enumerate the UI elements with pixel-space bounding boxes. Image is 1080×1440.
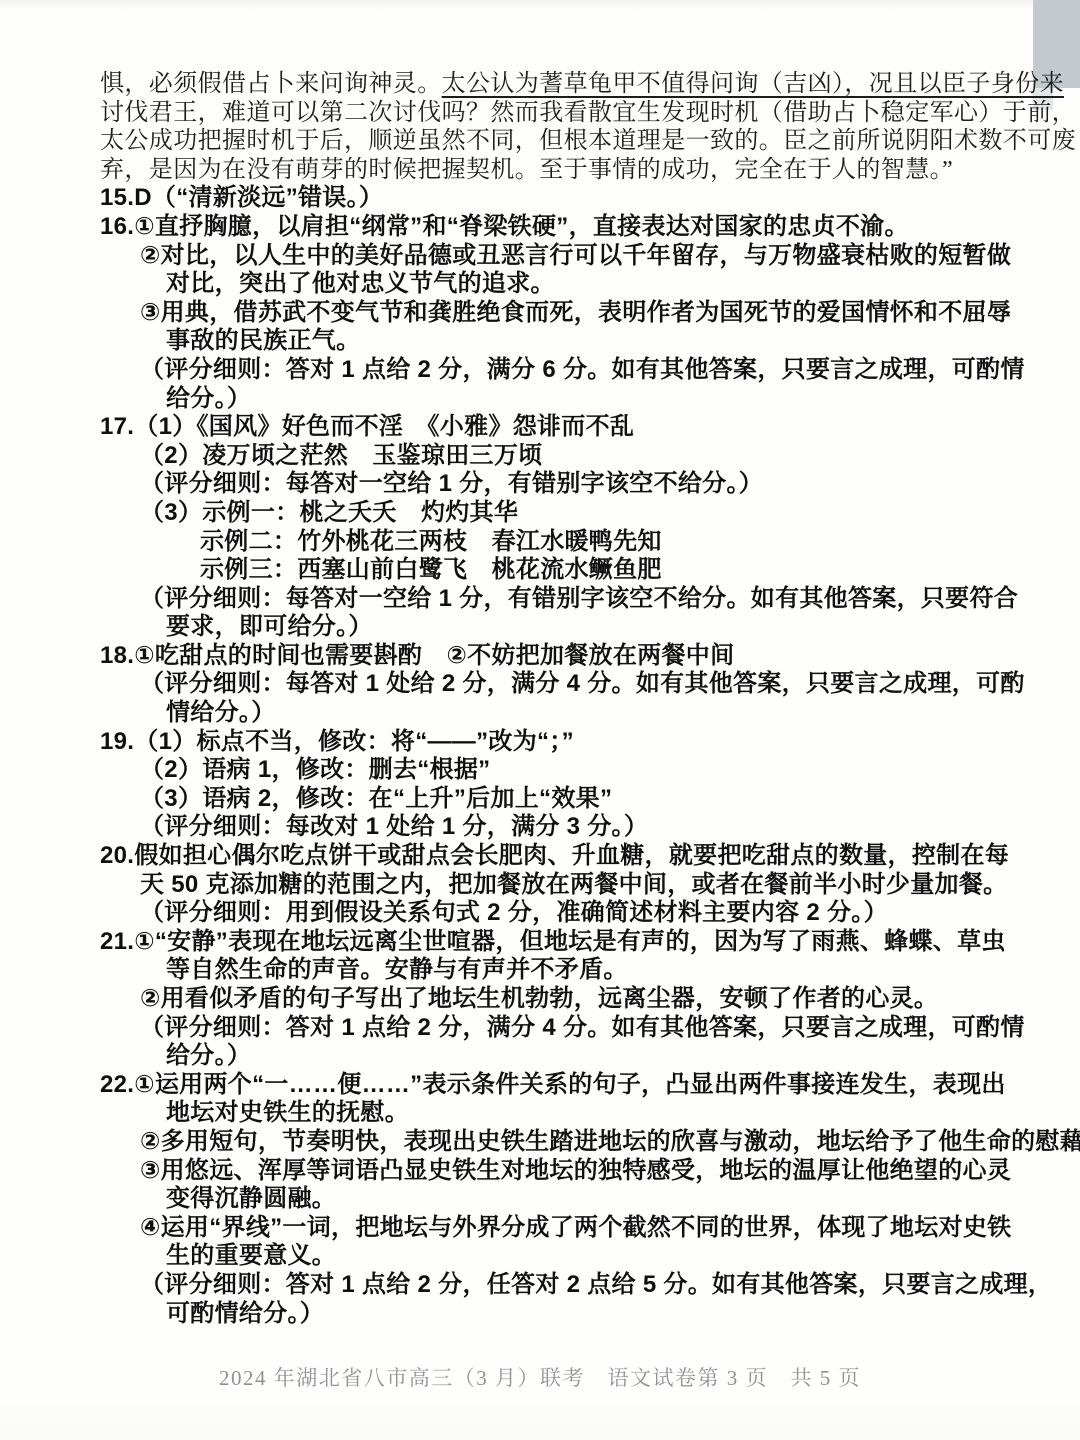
text-segment: （评分细则：每答对一空给 1 分，有错别字该空不给分。如有其他答案，只要符合 xyxy=(140,585,1018,612)
text-line: （3）示例一：桃之夭夭 灼灼其华 xyxy=(100,499,1020,528)
text-segment: 17.（1）《国风》好色而不淫 《小雅》怨诽而不乱 xyxy=(100,413,634,440)
text-line: ④运用“界线”一词，把地坛与外界分成了两个截然不同的世界，体现了地坛对史铁 xyxy=(100,1214,1020,1243)
text-line: 事敌的民族正气。 xyxy=(100,327,1020,356)
text-line: ②多用短句，节奏明快，表现出史铁生踏进地坛的欣喜与激动，地坛给予了他生命的慰藉。 xyxy=(100,1128,1020,1157)
text-segment: ②多用短句，节奏明快，表现出史铁生踏进地坛的欣喜与激动，地坛给予了他生命的慰藉。 xyxy=(140,1128,1080,1155)
text-segment: 19.（1）标点不当，修改：将“——”改为“；” xyxy=(100,728,574,755)
text-segment: 要求，即可给分。） xyxy=(166,613,373,640)
text-segment: 可酌情给分。） xyxy=(166,1300,324,1327)
text-segment: （2）凌万顷之茫然 玉鉴琼田三万顷 xyxy=(140,442,542,469)
text-line: 等自然生命的声音。安静与有声并不矛盾。 xyxy=(100,956,1020,985)
text-line: 示例三：西塞山前白鹭飞 桃花流水鳜鱼肥 xyxy=(100,556,1020,585)
text-segment: ②用看似矛盾的句子写出了地坛生机勃勃，远离尘器，安顿了作者的心灵。 xyxy=(140,985,938,1012)
text-line: ③用悠远、浑厚等词语凸显史铁生对地坛的独特感受，地坛的温厚让他绝望的心灵 xyxy=(100,1157,1020,1186)
text-segment: 21.①“安静”表现在地坛远离尘世喧器，但地坛是有声的，因为写了雨燕、蜂蝶、草虫 xyxy=(100,928,1006,955)
text-segment: 示例三：西塞山前白鹭飞 桃花流水鳜鱼肥 xyxy=(200,556,662,583)
text-segment: （评分细则：答对 1 点给 2 分，满分 4 分。如有其他答案，只要言之成理，可… xyxy=(140,1014,1025,1041)
text-line: （评分细则：答对 1 点给 2 分，满分 4 分。如有其他答案，只要言之成理，可… xyxy=(100,1014,1020,1043)
text-line: （3）语病 2，修改：在“上升”后加上“效果” xyxy=(100,785,1020,814)
text-line: 惧，必须假借占卜来问询神灵。太公认为蓍草龟甲不值得问询（吉凶），况且以臣子身份来 xyxy=(100,70,1020,99)
text-line: （评分细则：答对 1 点给 2 分，任答对 2 点给 5 分。如有其他答案，只要… xyxy=(100,1271,1020,1300)
text-segment: 20.假如担心偶尔吃点饼干或甜点会长肥肉、升血糖，就要把吃甜点的数量，控制在每 xyxy=(100,842,1009,869)
text-line: 给分。） xyxy=(100,385,1020,414)
text-line: 可酌情给分。） xyxy=(100,1300,1020,1329)
text-line: 21.①“安静”表现在地坛远离尘世喧器，但地坛是有声的，因为写了雨燕、蜂蝶、草虫 xyxy=(100,928,1020,957)
text-line: （评分细则：每答对一空给 1 分，有错别字该空不给分。如有其他答案，只要符合 xyxy=(100,585,1020,614)
text-line: ②用看似矛盾的句子写出了地坛生机勃勃，远离尘器，安顿了作者的心灵。 xyxy=(100,985,1020,1014)
text-line: 18.①吃甜点的时间也需要斟酌 ②不妨把加餐放在两餐中间 xyxy=(100,642,1020,671)
text-segment: 生的重要意义。 xyxy=(166,1242,336,1269)
text-line: 变得沉静圆融。 xyxy=(100,1185,1020,1214)
text-segment: （评分细则：每答对一空给 1 分，有错别字该空不给分。） xyxy=(140,470,763,497)
text-segment: （评分细则：答对 1 点给 2 分，满分 6 分。如有其他答案，只要言之成理，可… xyxy=(140,356,1025,383)
text-line: （评分细则：用到假设关系句式 2 分，准确简述材料主要内容 2 分。） xyxy=(100,899,1020,928)
text-segment: 天 50 克添加糖的范围之内，把加餐放在两餐中间，或者在餐前半小时少量加餐。 xyxy=(140,871,1007,898)
text-line: 情给分。） xyxy=(100,699,1020,728)
text-line: （2）凌万顷之茫然 玉鉴琼田三万顷 xyxy=(100,442,1020,471)
text-line: 15.D（“清新淡远”错误。） xyxy=(100,184,1020,213)
page-footer: 2024 年湖北省八市高三（3 月）联考 语文试卷第 3 页 共 5 页 xyxy=(0,1362,1080,1392)
text-segment: 事敌的民族正气。 xyxy=(166,327,360,354)
text-line: 17.（1）《国风》好色而不淫 《小雅》怨诽而不乱 xyxy=(100,413,1020,442)
text-line: 地坛对史铁生的抚慰。 xyxy=(100,1099,1020,1128)
text-segment: 情给分。） xyxy=(166,699,276,726)
text-segment: ③用典，借苏武不变气节和龚胜绝食而死，表明作者为国死节的爱国情怀和不屈辱 xyxy=(140,299,1011,326)
text-segment: 18.①吃甜点的时间也需要斟酌 ②不妨把加餐放在两餐中间 xyxy=(100,642,734,669)
text-segment: （3）语病 2，修改：在“上升”后加上“效果” xyxy=(140,785,612,812)
text-line: 太公成功把握时机于后，顺逆虽然不同，但根本道理是一致的。臣之前所说阴阳术数不可废 xyxy=(100,127,1020,156)
text-segment: 变得沉静圆融。 xyxy=(166,1185,336,1212)
text-segment: 讨伐君王，难道可以第二次讨伐吗？然而我看散宜生发现时机（借助占卜稳定军心）于前， xyxy=(100,100,1076,126)
text-line: 对比，突出了他对忠义节气的追求。 xyxy=(100,270,1020,299)
text-segment: 16.①直抒胸臆，以肩担“纲常”和“脊梁铁硬”，直接表达对国家的忠贞不渝。 xyxy=(100,213,909,240)
text-segment: 太公成功把握时机于后，顺逆虽然不同，但根本道理是一致的。臣之前所说阴阳术数不可废 xyxy=(100,128,1076,154)
text-segment: 22.①运用两个“一……便……”表示条件关系的句子，凸显出两件事接连发生，表现出 xyxy=(100,1071,1006,1098)
text-segment: 15.D（“清新淡远”错误。） xyxy=(100,184,383,211)
text-segment: 给分。） xyxy=(166,385,251,412)
text-line: 生的重要意义。 xyxy=(100,1242,1020,1271)
text-line: 示例二：竹外桃花三两枝 春江水暖鸭先知 xyxy=(100,528,1020,557)
text-segment: ④运用“界线”一词，把地坛与外界分成了两个截然不同的世界，体现了地坛对史铁 xyxy=(140,1214,1011,1241)
text-segment: ②对比，以人生中的美好品德或丑恶言行可以千年留存，与万物盛衰枯败的短暂做 xyxy=(140,242,1011,269)
text-segment: （评分细则：每答对 1 处给 2 分，满分 4 分。如有其他答案，只要言之成理，… xyxy=(140,670,1025,697)
text-line: 给分。） xyxy=(100,1042,1020,1071)
underlined-text: 太公认为蓍草龟甲不值得问询（吉凶），况且以臣子身份来 xyxy=(442,71,1064,97)
text-line: 19.（1）标点不当，修改：将“——”改为“；” xyxy=(100,728,1020,757)
text-line: 要求，即可给分。） xyxy=(100,613,1020,642)
text-line: 天 50 克添加糖的范围之内，把加餐放在两餐中间，或者在餐前半小时少量加餐。 xyxy=(100,871,1020,900)
text-segment: （3）示例一：桃之夭夭 灼灼其华 xyxy=(140,499,518,526)
text-line: ③用典，借苏武不变气节和龚胜绝食而死，表明作者为国死节的爱国情怀和不屈辱 xyxy=(100,299,1020,328)
text-line: （评分细则：每答对 1 处给 2 分，满分 4 分。如有其他答案，只要言之成理，… xyxy=(100,670,1020,699)
text-segment: （评分细则：用到假设关系句式 2 分，准确简述材料主要内容 2 分。） xyxy=(140,899,888,926)
text-segment: 给分。） xyxy=(166,1042,251,1069)
text-segment: 对比，突出了他对忠义节气的追求。 xyxy=(166,270,555,297)
text-segment: 地坛对史铁生的抚慰。 xyxy=(166,1099,409,1126)
text-line: 讨伐君王，难道可以第二次讨伐吗？然而我看散宜生发现时机（借助占卜稳定军心）于前， xyxy=(100,99,1020,128)
text-segment: 示例二：竹外桃花三两枝 春江水暖鸭先知 xyxy=(200,528,662,555)
text-segment: （评分细则：每改对 1 处给 1 分，满分 3 分。） xyxy=(140,813,648,840)
text-line: ②对比，以人生中的美好品德或丑恶言行可以千年留存，与万物盛衰枯败的短暂做 xyxy=(100,242,1020,271)
text-line: （评分细则：每改对 1 处给 1 分，满分 3 分。） xyxy=(100,813,1020,842)
text-segment: ③用悠远、浑厚等词语凸显史铁生对地坛的独特感受，地坛的温厚让他绝望的心灵 xyxy=(140,1157,1011,1184)
text-line: 弃，是因为在没有萌芽的时候把握契机。至于事情的成功，完全在于人的智慧。” xyxy=(100,156,1020,185)
text-segment: （2）语病 1，修改：删去“根据” xyxy=(140,756,490,783)
text-line: （2）语病 1，修改：删去“根据” xyxy=(100,756,1020,785)
text-line: （评分细则：答对 1 点给 2 分，满分 6 分。如有其他答案，只要言之成理，可… xyxy=(100,356,1020,385)
text-line: 16.①直抒胸臆，以肩担“纲常”和“脊梁铁硬”，直接表达对国家的忠贞不渝。 xyxy=(100,213,1020,242)
text-segment: （评分细则：答对 1 点给 2 分，任答对 2 点给 5 分。如有其他答案，只要… xyxy=(140,1271,1052,1298)
text-segment: 弃，是因为在没有萌芽的时候把握契机。至于事情的成功，完全在于人的智慧。” xyxy=(100,157,953,183)
text-segment: 等自然生命的声音。安静与有声并不矛盾。 xyxy=(166,956,628,983)
text-line: 20.假如担心偶尔吃点饼干或甜点会长肥肉、升血糖，就要把吃甜点的数量，控制在每 xyxy=(100,842,1020,871)
text-line: 22.①运用两个“一……便……”表示条件关系的句子，凸显出两件事接连发生，表现出 xyxy=(100,1071,1020,1100)
text-line: （评分细则：每答对一空给 1 分，有错别字该空不给分。） xyxy=(100,470,1020,499)
text-segment: 惧，必须假借占卜来问询神灵。 xyxy=(100,71,442,97)
answer-key-body: 惧，必须假借占卜来问询神灵。太公认为蓍草龟甲不值得问询（吉凶），况且以臣子身份来… xyxy=(100,70,1020,1328)
